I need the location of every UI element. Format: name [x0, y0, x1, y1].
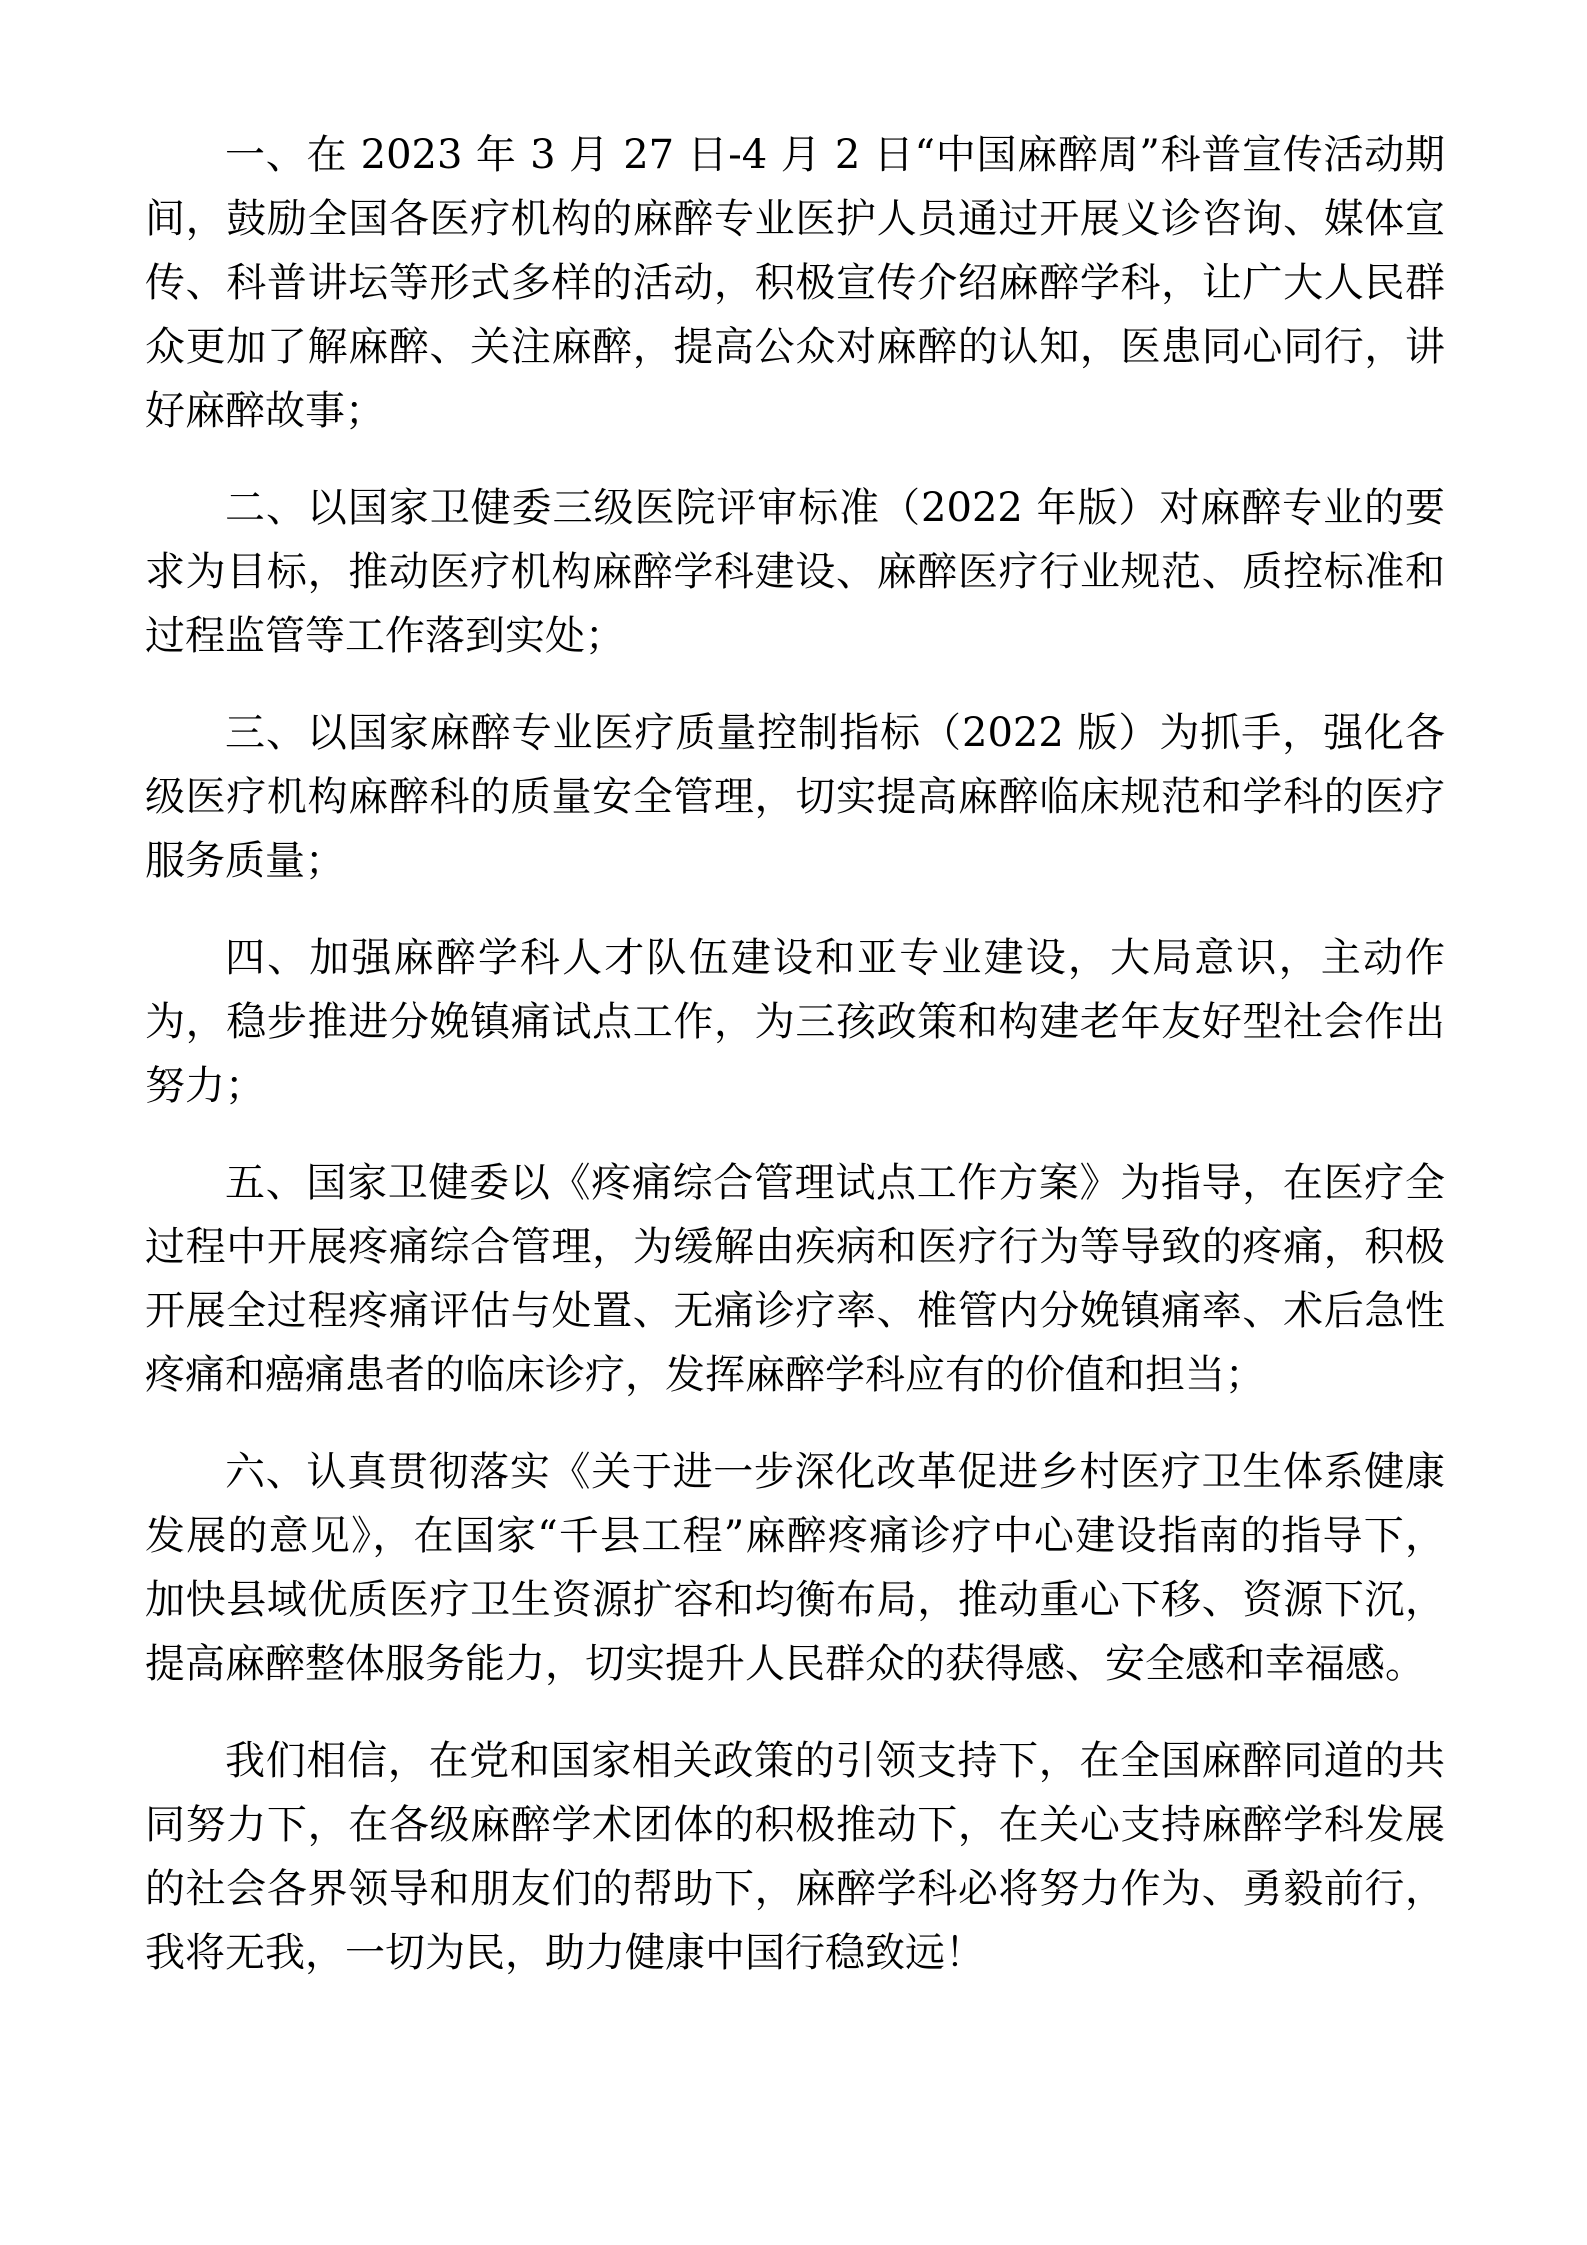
paragraph-item-6: 六、认真贯彻落实《关于进一步深化改革促进乡村医疗卫生体系健康发展的意见》，在国家… — [145, 1440, 1445, 1696]
document-page: 一、在 2023 年 3 月 27 日-4 月 2 日“中国麻醉周”科普宣传活动… — [0, 0, 1587, 2245]
paragraph-item-4: 四、加强麻醉学科人才队伍建设和亚专业建设，大局意识，主动作为，稳步推进分娩镇痛试… — [145, 926, 1445, 1118]
paragraph-item-5: 五、国家卫健委以《疼痛综合管理试点工作方案》为指导，在医疗全过程中开展疼痛综合管… — [145, 1151, 1445, 1407]
paragraph-item-2: 二、以国家卫健委三级医院评审标准（2022 年版）对麻醉专业的要求为目标，推动医… — [145, 476, 1445, 668]
paragraph-item-1: 一、在 2023 年 3 月 27 日-4 月 2 日“中国麻醉周”科普宣传活动… — [145, 123, 1445, 443]
paragraph-closing: 我们相信，在党和国家相关政策的引领支持下，在全国麻醉同道的共同努力下，在各级麻醉… — [145, 1729, 1445, 1985]
paragraph-item-3: 三、以国家麻醉专业医疗质量控制指标（2022 版）为抓手，强化各级医疗机构麻醉科… — [145, 701, 1445, 893]
